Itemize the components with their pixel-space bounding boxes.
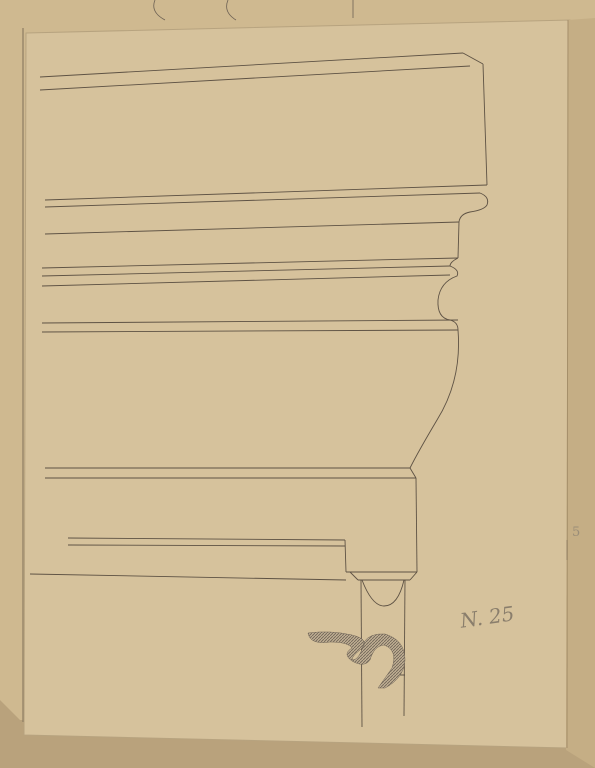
main-page [24,20,570,748]
scanned-drawing [0,0,595,768]
edge-mark: 5 [572,525,580,540]
